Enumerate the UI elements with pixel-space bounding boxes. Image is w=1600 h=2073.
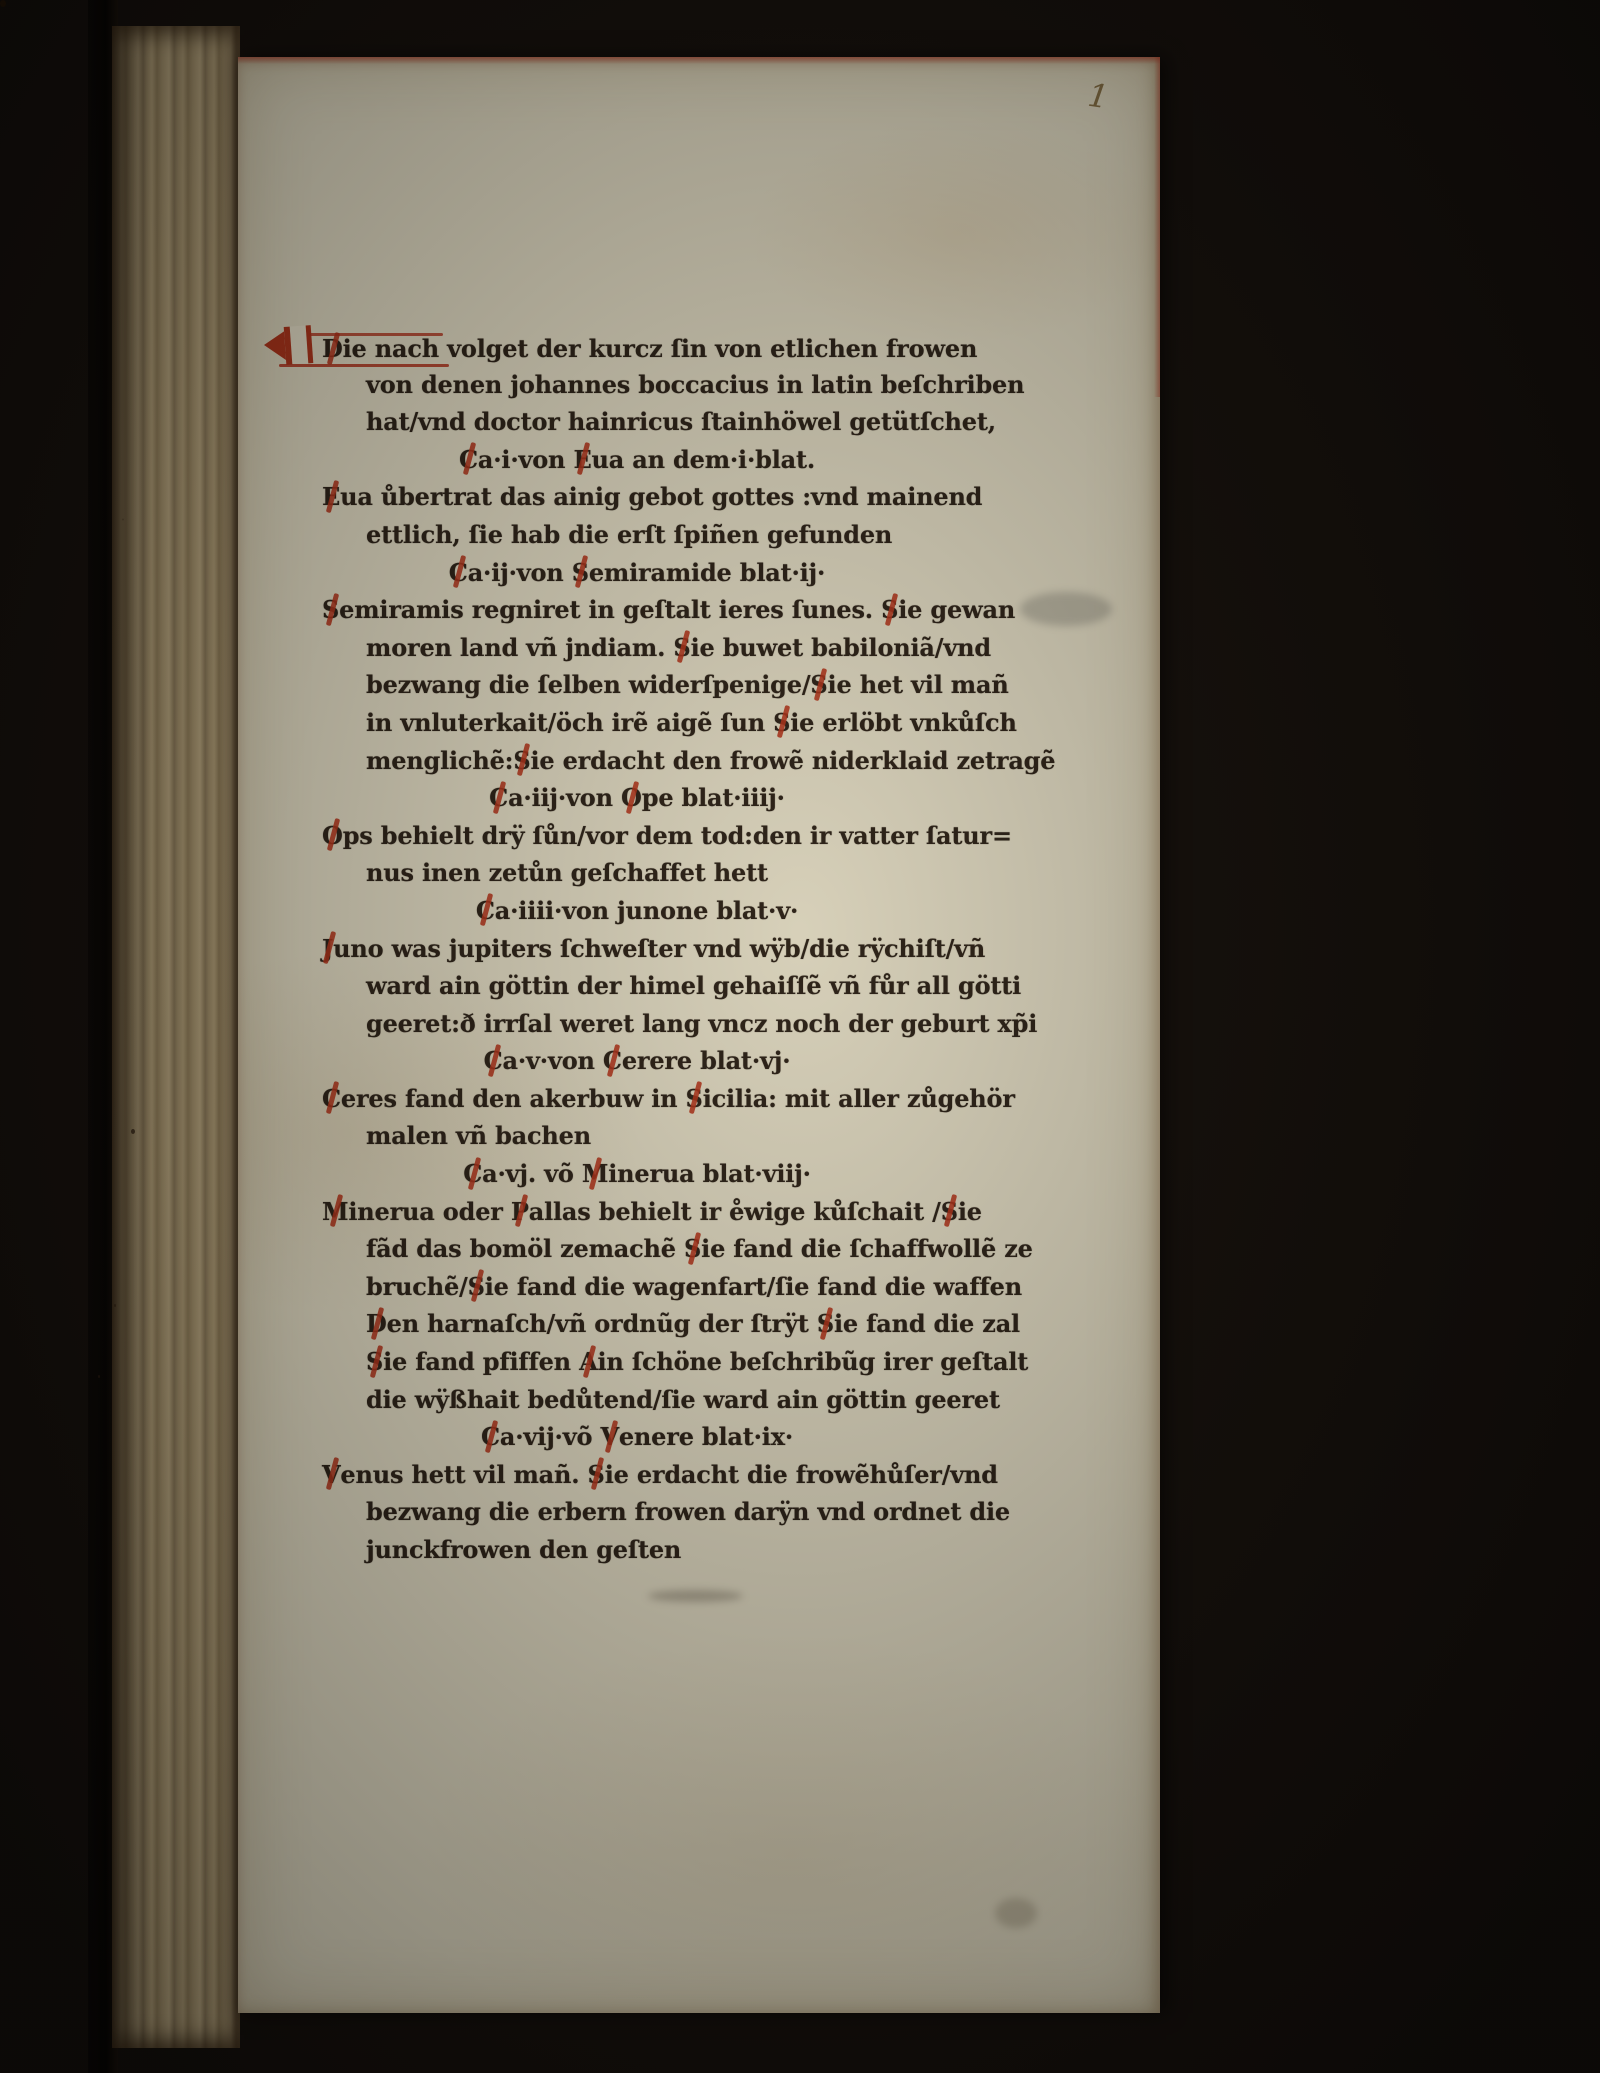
text-segment: fãd das bomöl zemachẽ xyxy=(366,1234,684,1263)
text-segment: allas behielt ir e̊wige kůſchait / xyxy=(529,1197,941,1226)
chapter-heading: Ca·v·von Cerere blat·vj· xyxy=(322,1042,952,1080)
rubricated-capital: P xyxy=(511,1193,529,1231)
text-segment: ua ůbertrat das ainig gebot gottes :vnd … xyxy=(340,482,982,511)
rubricated-capital: S xyxy=(468,1268,485,1306)
text-line: hat/vnd doctor hainricus ſtainhöwel getü… xyxy=(322,403,952,441)
text-line: Ops behielt drÿ ſůn/vor dem tod:den ir v… xyxy=(322,817,952,855)
text-segment: ie erlöbt vnkůſch xyxy=(790,708,1016,737)
rubricated-capital: C xyxy=(449,554,468,592)
text-segment: ie xyxy=(958,1197,982,1226)
rubricated-capital: A xyxy=(579,1343,597,1381)
text-segment: nus inen zetůn geſchaffet hett xyxy=(366,858,768,887)
ink-specks xyxy=(0,0,6,7)
text-paragraph: Juno was jupiters ſchweſter vnd wÿb/die … xyxy=(322,930,952,1043)
text-segment: a·iiii·von junone blat·v· xyxy=(495,896,798,925)
rubricated-capital: C xyxy=(476,892,495,930)
text-segment: en harnaſch/vñ ordnũg der ſtrÿt xyxy=(387,1309,817,1338)
text-segment: ie nach xyxy=(343,330,439,368)
text-line: nus inen zetůn geſchaffet hett xyxy=(322,854,952,892)
rubricated-capital: S xyxy=(810,666,827,704)
rubricated-capital: V xyxy=(322,1456,340,1494)
rubricated-capital: C xyxy=(322,1080,341,1118)
text-segment: hat/vnd doctor hainricus ſtainhöwel getü… xyxy=(366,407,996,436)
text-segment: inerua blat·viij· xyxy=(608,1159,811,1188)
text-line: junckfrowen den geſten xyxy=(322,1531,952,1569)
text-line: Eua ůbertrat das ainig gebot gottes :vnd… xyxy=(322,478,952,516)
text-segment: malen vñ bachen xyxy=(366,1121,591,1150)
text-line: Ca·iij·von Ope blat·iiij· xyxy=(322,779,952,817)
text-paragraph: Eua ůbertrat das ainig gebot gottes :vnd… xyxy=(322,478,952,553)
text-segment: emiramis regniret in geſtalt ieres ſunes… xyxy=(339,595,881,624)
text-line: Semiramis regniret in geſtalt ieres ſune… xyxy=(322,591,952,629)
rubricated-capital: S xyxy=(673,629,690,667)
rubricated-capital: M xyxy=(582,1155,608,1193)
rubricated-capital: D xyxy=(366,1305,387,1343)
chapter-heading: Ca·vj. võ Minerua blat·viij· xyxy=(322,1155,952,1193)
text-segment: ie buwet babiloniã/vnd xyxy=(691,633,991,662)
rubricated-capital: S xyxy=(366,1343,383,1381)
red-edge-stain-top xyxy=(238,57,1160,64)
text-line: Ca·iiii·von junone blat·v· xyxy=(322,892,952,930)
chapter-heading: Ca·ij·von Semiramide blat·ij· xyxy=(322,554,952,592)
text-segment: ie fand pfiffen xyxy=(383,1347,579,1376)
text-line: Die nach volget der kurcz ſin von etlich… xyxy=(322,328,952,366)
text-line: Ca·v·von Cerere blat·vj· xyxy=(322,1042,952,1080)
text-segment: moren land vñ jndiam. xyxy=(366,633,673,662)
text-segment: menglichẽ: xyxy=(366,746,513,775)
text-segment: erere blat·vj· xyxy=(622,1046,791,1075)
text-segment: bezwang die erbern frowen darÿn vnd ordn… xyxy=(366,1497,1010,1526)
text-block: Die nach volget der kurcz ſin von etlich… xyxy=(322,328,952,1569)
text-line: Sie fand pfiffen Ain ſchöne beſchribũg i… xyxy=(322,1343,952,1381)
text-segment: ie fand die wagenfart/ſie fand die waffe… xyxy=(485,1272,1022,1301)
rubricated-capital: S xyxy=(684,1230,701,1268)
text-line: ward ain göttin der himel gehaiſſẽ vñ fů… xyxy=(322,967,952,1005)
text-line: in vnluterkait/öch irẽ aigẽ ſun Sie erlö… xyxy=(322,704,952,742)
rubricated-capital: S xyxy=(941,1193,958,1231)
rubricated-capital: S xyxy=(881,591,898,629)
folio-number: 1 xyxy=(1085,76,1110,116)
rubricated-capital: S xyxy=(817,1305,834,1343)
text-line: Minerua oder Pallas behielt ir e̊wige ků… xyxy=(322,1193,952,1231)
text-line: Ca·vij·võ Venere blat·ix· xyxy=(322,1418,952,1456)
text-segment: a·vij·võ xyxy=(500,1422,601,1451)
text-line: ettlich, ſie hab die erſt ſpiñen gefunde… xyxy=(322,516,952,554)
text-segment: ie fand die zal xyxy=(834,1309,1020,1338)
text-paragraph: Ops behielt drÿ ſůn/vor dem tod:den ir v… xyxy=(322,817,952,892)
text-segment: a·i·von xyxy=(478,445,574,474)
paragraph-mark-icon xyxy=(264,328,314,362)
text-segment: pe blat·iiij· xyxy=(642,783,785,812)
text-line: bruchẽ/Sie fand die wagenfart/ſie fand d… xyxy=(322,1268,952,1306)
rubricated-capital: O xyxy=(621,779,642,817)
text-segment: eres fand den akerbuw in xyxy=(341,1084,686,1113)
chapter-heading: Ca·iij·von Ope blat·iiij· xyxy=(322,779,952,817)
text-segment: ps behielt drÿ ſůn/vor dem tod:den ir va… xyxy=(343,821,1012,850)
text-segment: geeret:ð irrſal weret lang vncz noch der… xyxy=(366,1009,1037,1038)
text-line: Ceres fand den akerbuw in Sicilia: mit a… xyxy=(322,1080,952,1118)
chapter-heading: Ca·i·von Eua an dem·i·blat. xyxy=(322,441,952,479)
chapter-heading: Ca·vij·võ Venere blat·ix· xyxy=(322,1418,952,1456)
rubricated-capital: M xyxy=(322,1193,348,1231)
text-segment: ie erdacht die frowẽhůſer/vnd xyxy=(605,1460,998,1489)
text-segment: in ſchöne beſchribũg irer geſtalt xyxy=(598,1347,1029,1376)
text-segment: ie erdacht den frowẽ niderklaid zetragẽ xyxy=(530,746,1055,775)
text-line: malen vñ bachen xyxy=(322,1117,952,1155)
text-paragraph: Minerua oder Pallas behielt ir e̊wige ků… xyxy=(322,1193,952,1419)
red-edge-stain-right xyxy=(1154,57,1160,397)
text-segment: ettlich, ſie hab die erſt ſpiñen gefunde… xyxy=(366,520,892,549)
rubricated-capital: C xyxy=(484,1042,503,1080)
text-line: fãd das bomöl zemachẽ Sie fand die ſchaf… xyxy=(322,1230,952,1268)
text-segment: bezwang die ſelben widerſpenige/ xyxy=(366,670,810,699)
text-paragraph: Venus hett vil mañ. Sie erdacht die frow… xyxy=(322,1456,952,1569)
text-segment: a·vj. võ xyxy=(482,1159,582,1188)
text-segment: enus hett vil mañ. xyxy=(340,1460,587,1489)
text-line: Ca·i·von Eua an dem·i·blat. xyxy=(322,441,952,479)
text-line: Ca·ij·von Semiramide blat·ij· xyxy=(322,554,952,592)
rubricated-capital: S xyxy=(513,742,530,780)
page-fore-edges xyxy=(112,26,240,2048)
text-line: bezwang die ſelben widerſpenige/Sie het … xyxy=(322,666,952,704)
text-line: Den harnaſch/vñ ordnũg der ſtrÿt Sie fan… xyxy=(322,1305,952,1343)
book-page: 1 Die nach volget der kurcz ſin von etli… xyxy=(238,57,1160,2013)
rubricated-capital: C xyxy=(459,441,478,479)
text-segment: inerua oder xyxy=(348,1197,511,1226)
text-segment: enere blat·ix· xyxy=(619,1422,793,1451)
text-segment: in vnluterkait/öch irẽ aigẽ ſun xyxy=(366,708,773,737)
text-segment: a·v·von xyxy=(503,1046,603,1075)
rubricated-capital: S xyxy=(686,1080,703,1118)
text-line: Juno was jupiters ſchweſter vnd wÿb/die … xyxy=(322,930,952,968)
text-line: Venus hett vil mañ. Sie erdacht die frow… xyxy=(322,1456,952,1494)
text-line: Ca·vj. võ Minerua blat·viij· xyxy=(322,1155,952,1193)
text-line: die wÿßhait bedůtend/ſie ward ain göttin… xyxy=(322,1381,952,1419)
text-segment: a·ij·von xyxy=(468,558,572,587)
text-segment: ie het vil mañ xyxy=(828,670,1009,699)
rubricated-capital: C xyxy=(481,1418,500,1456)
text-segment: uno was jupiters ſchweſter vnd wÿb/die r… xyxy=(333,934,985,963)
text-paragraph: Ceres fand den akerbuw in Sicilia: mit a… xyxy=(322,1080,952,1155)
text-segment: ie gewan xyxy=(898,595,1015,624)
rubricated-capital: O xyxy=(322,817,343,855)
rubricated-capital: C xyxy=(463,1155,482,1193)
text-segment: die wÿßhait bedůtend/ſie ward ain göttin… xyxy=(366,1385,1000,1414)
text-segment: volget der kurcz ſin von etlichen frowen xyxy=(439,334,977,363)
text-segment: ward ain göttin der himel gehaiſſẽ vñ fů… xyxy=(366,971,1021,1000)
text-paragraph: Semiramis regniret in geſtalt ieres ſune… xyxy=(322,591,952,779)
rubricated-capital: V xyxy=(600,1418,618,1456)
text-line: bezwang die erbern frowen darÿn vnd ordn… xyxy=(322,1493,952,1531)
text-line: menglichẽ:Sie erdacht den frowẽ niderkla… xyxy=(322,742,952,780)
text-segment: ua an dem·i·blat. xyxy=(592,445,815,474)
rubricated-capital: E xyxy=(322,478,340,516)
text-line: von denen johannes boccacius in latin be… xyxy=(322,366,952,404)
rubricated-capital: J xyxy=(322,930,333,968)
rubricated-capital: S xyxy=(588,1456,605,1494)
photo-background: 1 Die nach volget der kurcz ſin von etli… xyxy=(0,0,1600,2073)
text-segment: emiramide blat·ij· xyxy=(589,558,825,587)
rubricated-capital: S xyxy=(773,704,790,742)
text-segment: junckfrowen den geſten xyxy=(366,1535,681,1564)
rubricated-capital: C xyxy=(603,1042,622,1080)
text-line: moren land vñ jndiam. Sie buwet babiloni… xyxy=(322,629,952,667)
rubricated-capital: S xyxy=(572,554,589,592)
text-segment: icilia: mit aller zůgehör xyxy=(703,1084,1015,1113)
rubricated-capital: C xyxy=(489,779,508,817)
text-segment: ie fand die ſchaffwollẽ ze xyxy=(701,1234,1033,1263)
text-segment: a·iij·von xyxy=(508,783,621,812)
text-line: geeret:ð irrſal weret lang vncz noch der… xyxy=(322,1005,952,1043)
rubricated-capital: S xyxy=(322,591,339,629)
chapter-heading: Ca·iiii·von junone blat·v· xyxy=(322,892,952,930)
text-paragraph: Die nach volget der kurcz ſin von etlich… xyxy=(322,328,952,441)
text-segment: von denen johannes boccacius in latin be… xyxy=(366,370,1024,399)
rubricated-capital: E xyxy=(573,441,591,479)
text-segment: bruchẽ/ xyxy=(366,1272,468,1301)
